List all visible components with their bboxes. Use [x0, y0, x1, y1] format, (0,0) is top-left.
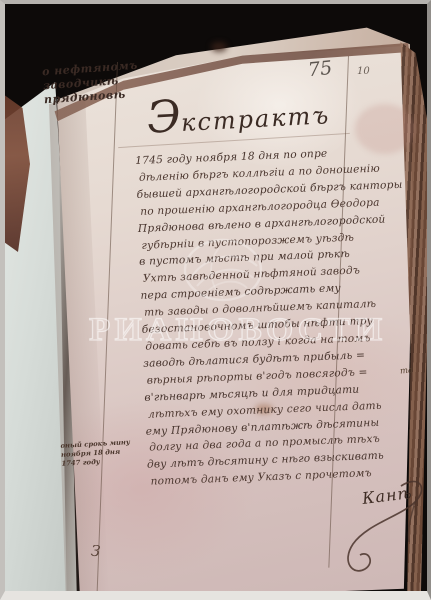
paper-stain — [211, 42, 227, 52]
margin-note-top: о нефтяномъ заводчикѣ прядюновѣ — [42, 59, 141, 108]
photo-frame: 75 10 о нефтяномъ заводчикѣ прядюновѣ Эк… — [0, 0, 431, 600]
watermark-text: РИАНОВОСТИ — [89, 312, 386, 349]
watermark-emblem-icon — [177, 228, 269, 312]
page-title: Экстрактъ — [146, 83, 331, 144]
secondary-folio-number: 10 — [357, 66, 370, 77]
folio-number: 75 — [307, 57, 333, 81]
signature-flourish — [323, 472, 431, 582]
bottom-mark: З — [90, 542, 101, 561]
margin-note-bottom: оный срокъ мину ноября 18 дня 1747 году — [60, 438, 131, 469]
margin-note-right: та — [400, 365, 414, 376]
